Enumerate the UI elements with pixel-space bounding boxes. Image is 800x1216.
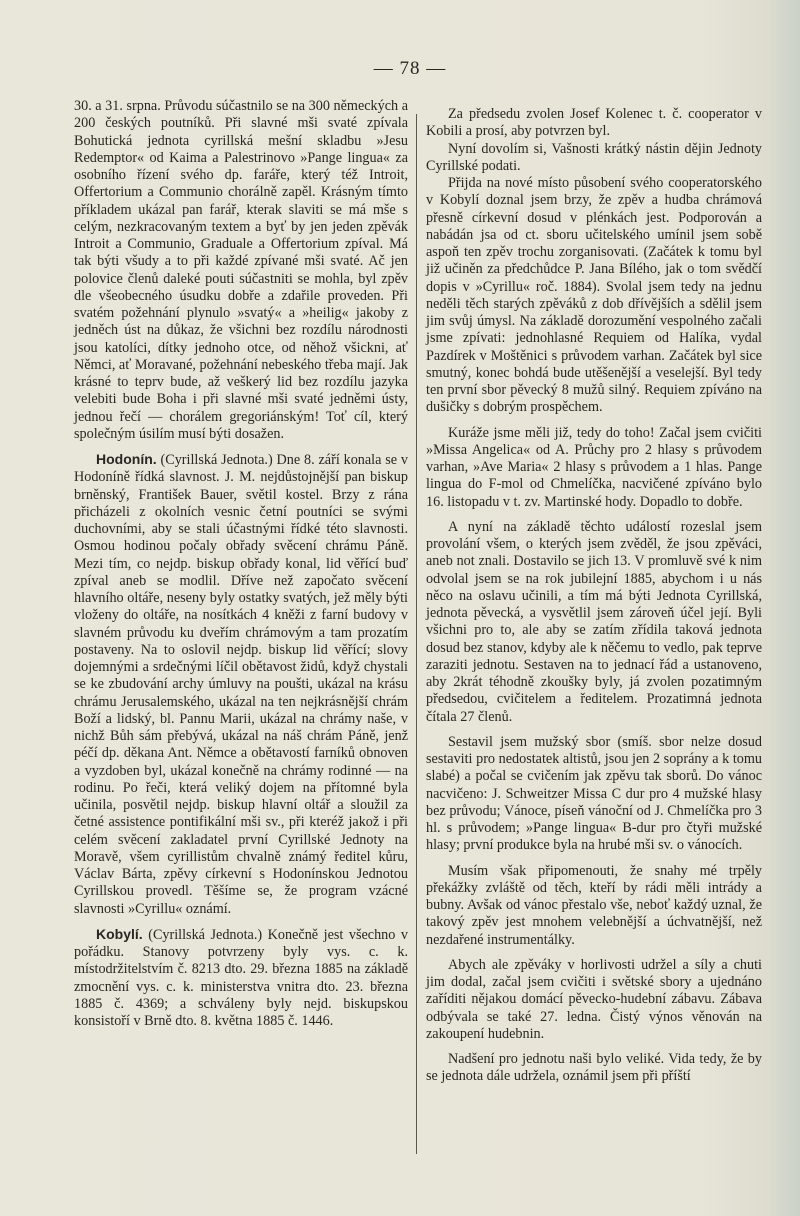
left-column: 30. a 31. srpna. Průvodu súčastnilo se n… [74, 98, 408, 1030]
column-divider [416, 114, 417, 1154]
section-hodonin: Hodonín. (Cyrillská Jednota.) Dne 8. zář… [74, 451, 408, 918]
paragraph: Musím však připomenouti, že snahy mé trp… [426, 863, 762, 949]
paragraph: Za předsedu zvolen Josef Kolenec t. č. c… [426, 106, 762, 141]
paragraph: Nadšení pro jednotu naši bylo veliké. Vi… [426, 1051, 762, 1086]
paragraph: Abych ale zpěváky v horlivosti udržel a … [426, 957, 762, 1043]
section-subheading-hodonin: (Cyrillská Jednota.) [161, 452, 273, 468]
section-heading-hodonin: Hodonín. [96, 451, 157, 467]
paragraph: A nyní na základě těchto událostí rozesl… [426, 519, 762, 726]
paragraph: Nyní dovolím si, Vašnosti krátký nástin … [426, 141, 762, 176]
section-text-hodonin: Dne 8. září konala se v Hodoníně řídká s… [74, 452, 408, 917]
section-kobyli: Kobylí. (Cyrillská Jednota.) Konečně jes… [74, 926, 408, 1031]
paragraph: Kuráže jsme měli již, tedy do toho! Zača… [426, 425, 762, 511]
scanned-page: — 78 — 30. a 31. srpna. Průvodu súčastni… [0, 0, 800, 1216]
paragraph: Přijda na nové místo působení svého coop… [426, 175, 762, 417]
paragraph: Sestavil jsem mužský sbor (smíš. sbor ne… [426, 734, 762, 855]
section-subheading-kobyli: (Cyrillská Jednota.) [148, 927, 262, 943]
page-number: — 78 — [0, 58, 800, 80]
paragraph-pilgrimage: 30. a 31. srpna. Průvodu súčastnilo se n… [74, 98, 408, 443]
right-column: Za předsedu zvolen Josef Kolenec t. č. c… [426, 106, 762, 1086]
section-heading-kobyli: Kobylí. [96, 926, 143, 942]
